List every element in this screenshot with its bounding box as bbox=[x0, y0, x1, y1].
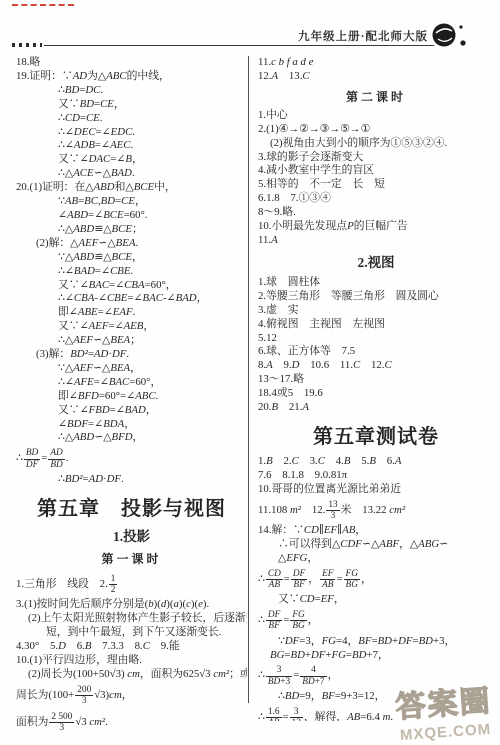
answer-line: ∵△ABD≌△BCE， bbox=[16, 251, 247, 265]
answer-line: ∴∠CBA-∠CBE=∠BAC-∠BAD， bbox=[16, 292, 247, 306]
left-answer-column: 18.略19.证明：∵AD为△ABC的中线，∴BD=DC.又∵BD=CE，∴CD… bbox=[16, 56, 247, 741]
fraction: FGBG bbox=[290, 610, 306, 631]
answer-line: BG=BD+DF+FG=BD+7， bbox=[258, 649, 494, 663]
answer-line: ∴∠AFE=∠BAC=60°， bbox=[16, 376, 247, 390]
answer-line: 8～9.略. bbox=[258, 206, 494, 220]
fraction: FGBG bbox=[344, 569, 360, 590]
answer-line: ∴△ABD∽△BFD， bbox=[16, 431, 247, 445]
header-rule bbox=[44, 45, 434, 46]
answer-line: ∴△ACE∽△BAD. bbox=[16, 167, 247, 181]
answer-line: 13～17.略 bbox=[258, 373, 494, 387]
answer-line: 10.小明最先发现点P的巨幅广告 bbox=[258, 220, 494, 234]
fraction: 2003 bbox=[75, 685, 93, 706]
answer-line: 即∠BFD=60°=∠ABC. bbox=[16, 390, 247, 404]
fraction: BDDF bbox=[24, 448, 40, 469]
answer-line: 短，到中午最短，到下午又逐渐变长. bbox=[16, 626, 247, 640]
answer-line: 5.12 bbox=[258, 332, 494, 346]
answer-line: ∴BD=DC. bbox=[16, 84, 247, 98]
answer-line: ∵AB=BC,BD=CE， bbox=[16, 195, 247, 209]
answer-line: ∵△AEF∽△BEA， bbox=[16, 362, 247, 376]
section-heading: 第一课时 bbox=[16, 551, 247, 567]
answer-page: 九年级上册·配北师大版 18.略19.证明：∵AD为△ABC的中线，∴BD=DC… bbox=[0, 0, 500, 745]
answer-line: 1.中心 bbox=[258, 109, 494, 123]
answer-line: 18.4或5 19.6 bbox=[258, 387, 494, 401]
answer-line: 又∵∠DAC=∠B， bbox=[16, 153, 247, 167]
fraction: 3BD+3 bbox=[266, 665, 292, 686]
answer-line: ∠BDF=∠BDA， bbox=[16, 418, 247, 432]
answer-line: 4.减小教室中学生的盲区 bbox=[258, 164, 494, 178]
answer-line: 又∵BD=CE， bbox=[16, 98, 247, 112]
section-heading: 第二课时 bbox=[258, 89, 494, 105]
answer-line: 3.虚 实 bbox=[258, 304, 494, 318]
fraction: ADBD bbox=[48, 448, 64, 469]
answer-line: 1.B 2.C 3.C 4.B 5.B 6.A bbox=[258, 455, 494, 469]
answer-line: (3)解：BD²=AD·DF. bbox=[16, 348, 247, 362]
fraction: EFAB bbox=[320, 569, 335, 590]
section-heading: 1.投影 bbox=[16, 528, 247, 546]
answer-line: 14.解：∵CD∥EF∥AB， bbox=[258, 524, 494, 538]
section-heading: 第五章 投影与视图 bbox=[16, 496, 247, 522]
answer-line: 4.俯视图 主视图 左视图 bbox=[258, 318, 494, 332]
answer-line: ∴BD²=AD·DF. bbox=[16, 473, 247, 487]
answer-line: ∴BDDF=ADBD. bbox=[16, 445, 247, 472]
section-heading: 2.视图 bbox=[258, 254, 494, 272]
cut-mark-dashes bbox=[12, 4, 74, 6]
answer-line: ∴CDAB=DFBF，EFAB=FGBG， bbox=[258, 566, 494, 593]
answer-line: 11.A bbox=[258, 234, 494, 248]
answer-line: 7.6 8.1.8 9.0.81π bbox=[258, 469, 494, 483]
answer-line: 5.相等的 不一定 长 短 bbox=[258, 178, 494, 192]
answer-line: ∴CD=CE. bbox=[16, 112, 247, 126]
answer-line: △EFG， bbox=[258, 552, 494, 566]
answer-line: (2)上午太阳光照射物体产生影子较长，后逐渐变 bbox=[16, 612, 247, 626]
fraction: 1.6AB bbox=[266, 707, 282, 721]
answer-line: 12.A 13.C bbox=[258, 70, 494, 84]
answer-line: 即∠ABE=∠EAF. bbox=[16, 306, 247, 320]
right-answer-column: 11.c b f a d e12.A 13.C第二课时1.中心2.(1)④→②→… bbox=[258, 56, 494, 721]
answer-line: ∵DF=3，FG=4，BF=BD+DF=BD+3， bbox=[258, 635, 494, 649]
answer-line: 又∵∠AEF=∠AEB， bbox=[16, 320, 247, 334]
answer-line: ∴DFBF=FGBG， bbox=[258, 607, 494, 634]
answer-line: 6.球、正方体等 7.5 bbox=[258, 345, 494, 359]
answer-line: ∴△ABD≌△BCE； bbox=[16, 223, 247, 237]
header-rule-dots bbox=[12, 43, 42, 47]
answer-line: ∴∠DEC=∠EDC. bbox=[16, 126, 247, 140]
answer-line: 面积为2 5003√3 cm². bbox=[16, 709, 247, 736]
fraction: DFBF bbox=[291, 569, 307, 590]
column-divider bbox=[248, 56, 249, 703]
fraction: 312 bbox=[290, 707, 303, 721]
answer-line: 19.证明：∵AD为△ABC的中线， bbox=[16, 70, 247, 84]
fraction: 133 bbox=[326, 500, 339, 521]
watermark: 答案圈 MXQE.COM bbox=[394, 676, 494, 745]
answer-line: 3.(1)按时间先后顺序分别是(b)(d)(a)(c)(e). bbox=[16, 598, 247, 612]
fraction: DFBF bbox=[266, 610, 282, 631]
answer-line: 又∵∠BAC=∠CBA=60°， bbox=[16, 279, 247, 293]
answer-line: 又∵∠FBD=∠BAD， bbox=[16, 404, 247, 418]
answer-line: 10.哥哥的位置离光源比弟弟近 bbox=[258, 483, 494, 497]
section-heading: 第五章测试卷 bbox=[258, 424, 494, 450]
answer-line: 11.108 m² 12.133米 13.22 cm² bbox=[258, 497, 494, 524]
answer-line: 1.三角形 线段 2.12 bbox=[16, 571, 247, 598]
answer-line: 3.球的影子会逐渐变大 bbox=[258, 151, 494, 165]
answer-line: 2.(1)④→②→③→⑤→① bbox=[258, 123, 494, 137]
answer-line: 1.球 圆柱体 bbox=[258, 276, 494, 290]
answer-line: 10.(1)平行四边形，理由略. bbox=[16, 654, 247, 668]
answer-line: 8.A 9.D 10.6 11.C 12.C bbox=[258, 359, 494, 373]
fraction: 12 bbox=[109, 574, 118, 595]
edition-title: 九年级上册·配北师大版 bbox=[298, 28, 428, 44]
answer-line: 18.略 bbox=[16, 56, 247, 70]
fraction: 2 5003 bbox=[49, 712, 74, 733]
answer-line: 20.B 21.A bbox=[258, 401, 494, 415]
publisher-ink-blot-logo bbox=[430, 20, 472, 50]
answer-line: (2)解：△AEF∽△BEA. bbox=[16, 237, 247, 251]
answer-line: (2)周长为(100+50√3) cm，面积为625√3 cm²；或 bbox=[16, 668, 247, 682]
answer-line: ∠ABD=∠BCE=60°. bbox=[16, 209, 247, 223]
answer-line: 周长为(100+2003√3)cm， bbox=[16, 682, 247, 709]
answer-line: ∴可以得到△CDF∽△ABF，△ABG∽ bbox=[258, 538, 494, 552]
watermark-brand-text: 答案圈 bbox=[394, 676, 493, 727]
answer-line: 又∵CD=EF， bbox=[258, 593, 494, 607]
answer-line: 6.1.8 7.①③④ bbox=[258, 192, 494, 206]
answer-line: 11.c b f a d e bbox=[258, 56, 494, 70]
answer-line: ∴△AEF∽△BEA； bbox=[16, 334, 247, 348]
answer-line: ∴∠BAD=∠CBE. bbox=[16, 265, 247, 279]
fraction: CDAB bbox=[266, 569, 283, 590]
answer-line: 4.30° 5.D 6.B 7.3.3 8.C 9.能 bbox=[16, 640, 247, 654]
answer-line: 20.(1)证明：在△ABD和△BCE中， bbox=[16, 181, 247, 195]
answer-line: (2)视角由大到小的顺序为①⑤③②④. bbox=[258, 137, 494, 151]
answer-line: 2.等腰三角形 等腰三角形 圆及圆心 bbox=[258, 290, 494, 304]
fraction: 4BD+7 bbox=[300, 665, 326, 686]
answer-line: ∴∠ADB=∠AEC. bbox=[16, 139, 247, 153]
